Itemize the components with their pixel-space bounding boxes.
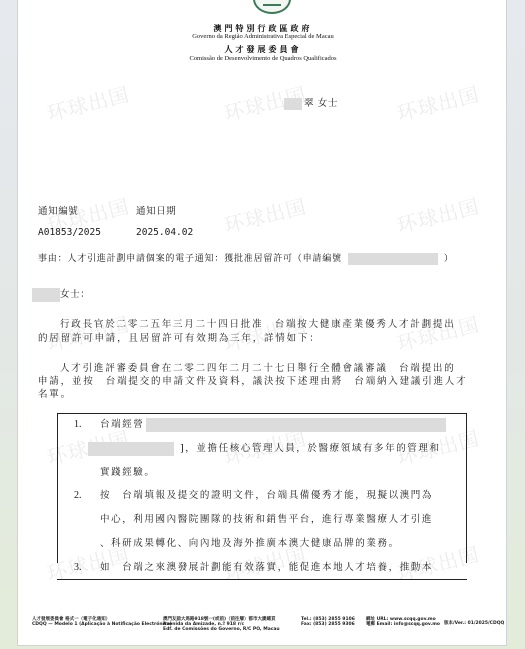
paragraph-line: 的居留許可申請，且居留許可有效期為三年，詳情如下： <box>38 332 488 346</box>
item-text: 中心，利用國內醫院團隊的技術和銷售平台，進行專業醫療人才引進 <box>100 508 433 532</box>
box-bottom-border <box>57 579 467 580</box>
addressee: 翠 女士 <box>284 95 338 110</box>
footer-text: CDQQ — Modelo 1 (Aplicação à Notificação… <box>32 622 172 627</box>
paragraph-approval: 行政長官於二零二五年三月二十四日批准 台端按大健康產業優秀人才計劃提出 的居留許… <box>38 318 488 346</box>
item-text: ]，並擔任核心管理人員，於醫療領域有多年的管理和 <box>180 443 441 454</box>
footer-text: 電郵 Email: info@scqq.gov.mo <box>366 622 440 627</box>
item-text: 、科研成果轉化、向內地及海外推廣本澳大健康品牌的業務。 <box>100 532 433 556</box>
watermark: 环球出国 <box>221 190 310 238</box>
paragraph-committee: 人才引進評審委員會在二零二四年二月二十七日舉行全體會議審議 台端提出的 申請，並… <box>38 362 488 401</box>
notice-number-label: 通知編號 <box>38 203 78 217</box>
redacted-name <box>284 98 302 110</box>
subject-close: ） <box>444 254 454 264</box>
reason-item-1: 台端經營 ]，並擔任核心管理人員，於醫療領域有多年的管理和 實踐經驗。 <box>100 413 446 485</box>
salutation: 女士： <box>32 286 90 302</box>
watermark: 环球出国 <box>44 78 133 126</box>
redacted-name <box>32 288 60 302</box>
paragraph-line: 申請，並按 台端提交的申請文件及資料，議決按下述理由將 台端納入建議引進人才 <box>38 375 488 388</box>
footer-contact: 網址 URL: www.scqq.gov.mo 電郵 Email: info@s… <box>366 617 440 627</box>
footer-address: 澳門友誼大馬路918號一(或前)（前往層）都市大廈總頁 Avenida da A… <box>163 617 280 632</box>
notice-date: 2025.04.02 <box>136 227 193 238</box>
item-text: 如 台端之來澳發展計劃能有效落實，能促進本地人才培養，推動本 <box>100 556 433 580</box>
footer-form: 人才發展委員會 格式一（電子化通知） CDQQ — Modelo 1 (Apli… <box>32 617 172 627</box>
reason-item-2: 按 台端填報及提交的證明文件，台端具備優秀才能，現擬以澳門為 中心，利用國內醫院… <box>100 484 433 556</box>
subject-text: 事由：人才引進計劃申請個案的電子通知：獲批准居留許可（申請編號 <box>38 254 342 264</box>
watermark: 环球出国 <box>394 190 483 238</box>
redacted-application-number <box>348 253 438 265</box>
footer-phone: Tel.: (853) 2855 9106 Fax: (853) 2855 93… <box>301 617 355 627</box>
footer-text: Edf. de Comissões do Governo, R/C PO, Ma… <box>163 627 280 632</box>
paragraph-line: 名單。 <box>38 388 488 401</box>
salutation-text: 女士： <box>60 289 90 300</box>
item-number: 1. <box>74 419 82 430</box>
subject-line: 事由：人才引進計劃申請個案的電子通知：獲批准居留許可（申請編號） <box>38 251 454 265</box>
footer-text: Fax: (853) 2855 9306 <box>301 622 355 627</box>
notice-number: A01853/2025 <box>38 227 101 238</box>
redacted-company <box>146 418 446 432</box>
paragraph-line: 人才引進評審委員會在二零二四年二月二十七日舉行全體會議審議 台端提出的 <box>38 362 488 375</box>
item-number: 2. <box>74 490 82 501</box>
government-name-pt: Governo da Região Administrativa Especia… <box>18 33 507 40</box>
footer-version: 版本/Ver.: 01/2025/CDQQ <box>444 621 504 626</box>
reason-item-3: 如 台端之來澳發展計劃能有效落實，能促進本地人才培養，推動本 <box>100 556 433 580</box>
item-text: 台端經營 <box>100 419 144 430</box>
macau-emblem-icon <box>253 0 291 14</box>
item-number: 3. <box>74 562 82 573</box>
department-name-pt: Comissão de Desenvolvimento de Quadros Q… <box>18 55 507 62</box>
item-text: 實踐經驗。 <box>100 461 446 485</box>
document-page: 环球出国 环球出国 环球出国 环球出国 环球出国 环球出国 环球出国 环球出国 … <box>17 0 507 646</box>
paragraph-line: 行政長官於二零二五年三月二十四日批准 台端按大健康產業優秀人才計劃提出 <box>38 318 488 332</box>
reasons-box: 1. 台端經營 ]，並擔任核心管理人員，於醫療領域有多年的管理和 實踐經驗。 2… <box>57 413 467 563</box>
department-name-zh: 人才發展委員會 <box>18 44 507 55</box>
notice-date-label: 通知日期 <box>136 203 176 217</box>
watermark: 环球出国 <box>394 78 483 126</box>
item-text: 按 台端填報及提交的證明文件，台端具備優秀才能，現擬以澳門為 <box>100 484 433 508</box>
addressee-suffix: 女士 <box>318 98 338 109</box>
redacted-company <box>88 442 174 456</box>
